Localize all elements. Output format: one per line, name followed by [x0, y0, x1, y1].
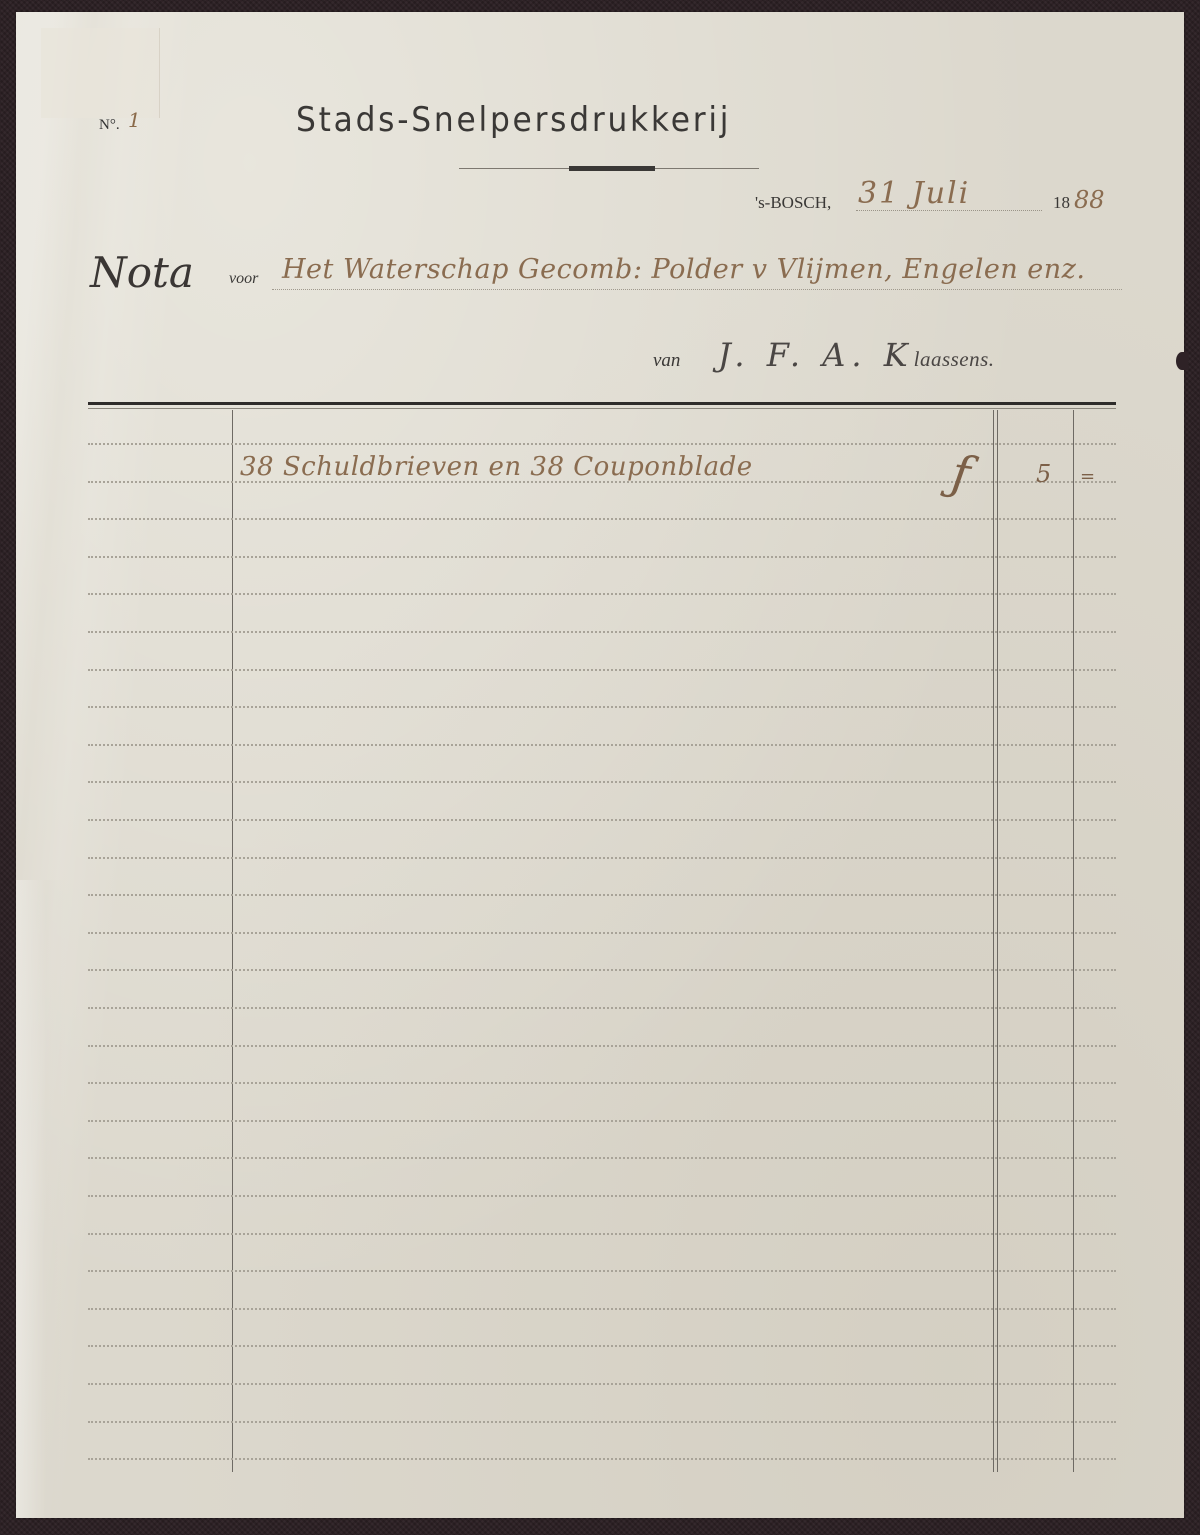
invoice-number-label: N°.	[99, 117, 120, 134]
sender-initials: J. F. A.	[718, 336, 868, 374]
ledger-ruled-line	[88, 819, 1116, 821]
addressee-dotted-line	[272, 289, 1122, 290]
ledger-ruled-line	[88, 1007, 1116, 1009]
letterhead-title: Stads-Snelpersdrukkerij	[296, 100, 731, 140]
ledger-ruled-line	[88, 706, 1116, 708]
ledger-ruled-line	[88, 1270, 1116, 1272]
ledger-ruled-line	[88, 556, 1116, 558]
ledger-ruled-line	[88, 1045, 1116, 1047]
column-divider-cents	[1073, 410, 1074, 1472]
paper-tear	[1176, 352, 1188, 370]
dateline-year-handwritten: 88	[1074, 186, 1105, 214]
number-patch	[41, 28, 160, 118]
ledger-ruled-line	[88, 932, 1116, 934]
ledger-ruled-line	[88, 894, 1116, 896]
ledger-ruled-line	[88, 518, 1116, 520]
column-divider-amount-left-double	[997, 410, 998, 1472]
ledger-ruled-line	[88, 669, 1116, 671]
dateline-year-printed: 18	[1053, 193, 1070, 213]
ledger-ruled-line	[88, 1157, 1116, 1159]
ledger-ruled-line	[88, 593, 1116, 595]
sender-surname-initial: K	[884, 336, 914, 374]
sender-name: J. F. A. Klaassens.	[718, 336, 995, 374]
ledger-header-rule-thin	[88, 408, 1116, 409]
dateline-day-month: 31 Juli	[858, 176, 970, 211]
column-divider-amount-left	[993, 410, 994, 1472]
ledger-ruled-line	[88, 1195, 1116, 1197]
entry-amount-cents: =	[1080, 466, 1095, 487]
ledger-ruled-line	[88, 443, 1116, 445]
entry-amount-whole: 5	[1036, 460, 1051, 488]
ledger-ruled-line	[88, 969, 1116, 971]
ledger-ruled-line	[88, 631, 1116, 633]
ledger-ruled-line	[88, 1233, 1116, 1235]
ledger-ruled-line	[88, 1458, 1116, 1460]
ledger-ruled-line	[88, 1345, 1116, 1347]
ledger-ruled-line	[88, 1383, 1116, 1385]
title-rule-accent	[569, 166, 655, 171]
addressee-prefix: voor	[229, 270, 258, 288]
entry-description: 38 Schuldbrieven en 38 Couponblade	[240, 452, 753, 482]
ledger-ruled-line	[88, 1120, 1116, 1122]
ledger-ruled-line	[88, 857, 1116, 859]
invoice-number-value: 1	[128, 108, 141, 132]
sender-prefix: van	[653, 350, 680, 372]
ledger-header-rule	[88, 402, 1116, 405]
ledger-ruled-line	[88, 1421, 1116, 1423]
ledger-ruled-line	[88, 1082, 1116, 1084]
ledger-ruled-line	[88, 781, 1116, 783]
addressee-name: Het Waterschap Gecomb: Polder v Vlijmen,…	[282, 254, 1085, 285]
ledger-ruled-line	[88, 1308, 1116, 1310]
ledger-table	[88, 410, 1116, 1470]
nota-heading: Nota	[90, 248, 194, 297]
ledger-ruled-line	[88, 744, 1116, 746]
sender-surname-rest: laassens.	[914, 347, 995, 371]
dateline-place: 's-BOSCH,	[755, 193, 831, 213]
column-divider-description	[232, 410, 233, 1472]
